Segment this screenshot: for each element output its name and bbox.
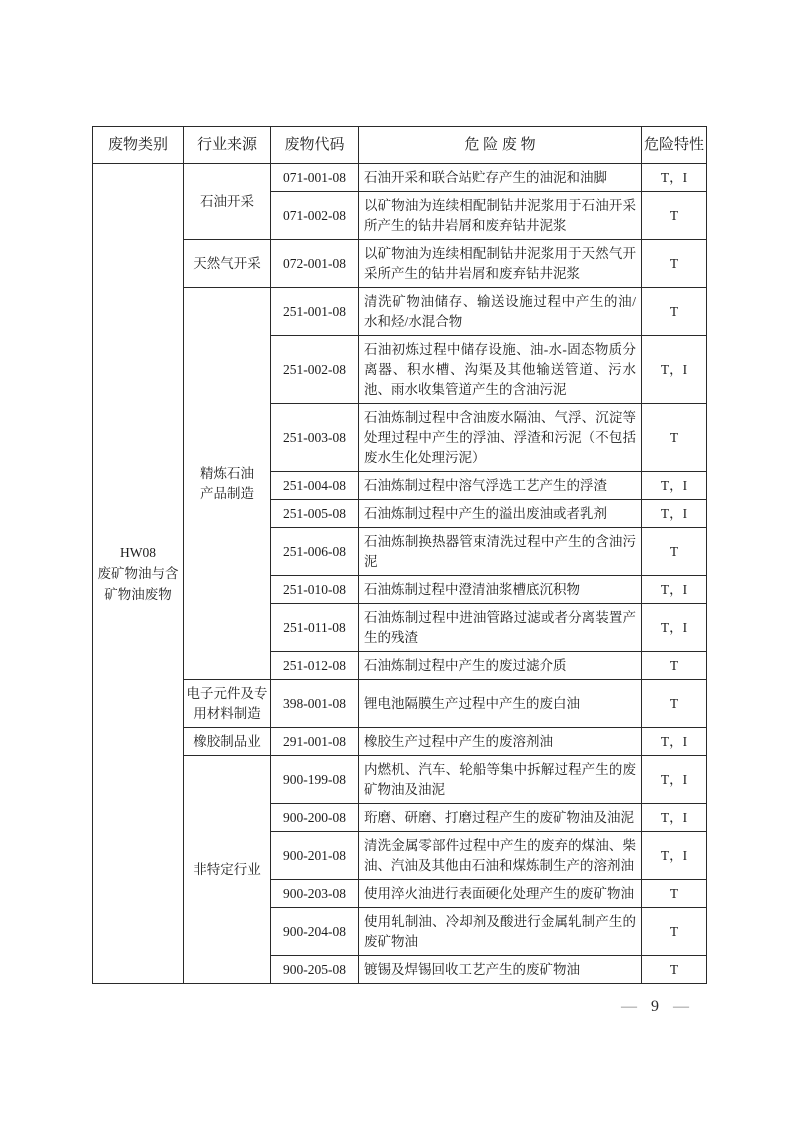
- waste-description-cell: 镀锡及焊锡回收工艺产生的废矿物油: [359, 956, 642, 984]
- waste-description-cell: 以矿物油为连续相配制钻井泥浆用于石油开采所产生的钻井岩屑和废弃钻井泥浆: [359, 192, 642, 240]
- hazard-characteristic-cell: T，I: [642, 472, 707, 500]
- hazard-characteristic-cell: T，I: [642, 604, 707, 652]
- waste-code-cell: 251-001-08: [271, 288, 359, 336]
- waste-code-cell: 251-004-08: [271, 472, 359, 500]
- waste-category-cell: HW08 废矿物油与含 矿物油废物: [93, 164, 184, 984]
- industry-cell: 石油开采: [184, 164, 271, 240]
- document-page: 废物类别 行业来源 废物代码 危 险 废 物 危险特性 HW08 废矿物油与含 …: [0, 0, 794, 1123]
- waste-description-cell: 清洗金属零部件过程中产生的废弃的煤油、柴油、汽油及其他由石油和煤炼制生产的溶剂油: [359, 832, 642, 880]
- hazard-characteristic-cell: T: [642, 404, 707, 472]
- hazard-characteristic-cell: T: [642, 956, 707, 984]
- hazard-characteristic-cell: T，I: [642, 164, 707, 192]
- waste-code-cell: 071-001-08: [271, 164, 359, 192]
- hazard-characteristic-cell: T: [642, 680, 707, 728]
- hazard-characteristic-cell: T: [642, 908, 707, 956]
- waste-code-cell: 291-001-08: [271, 728, 359, 756]
- hazard-characteristic-cell: T，I: [642, 756, 707, 804]
- header-industry-source: 行业来源: [184, 127, 271, 164]
- waste-description-cell: 石油炼制换热器管束清洗过程中产生的含油污泥: [359, 528, 642, 576]
- hazard-characteristic-cell: T: [642, 240, 707, 288]
- table-row: 精炼石油 产品制造 251-001-08 清洗矿物油储存、输送设施过程中产生的油…: [93, 288, 707, 336]
- waste-code-cell: 251-010-08: [271, 576, 359, 604]
- waste-code-cell: 251-006-08: [271, 528, 359, 576]
- table-row: 电子元件及专 用材料制造 398-001-08 锂电池隔膜生产过程中产生的废白油…: [93, 680, 707, 728]
- waste-description-cell: 锂电池隔膜生产过程中产生的废白油: [359, 680, 642, 728]
- waste-code-cell: 900-200-08: [271, 804, 359, 832]
- industry-cell: 橡胶制品业: [184, 728, 271, 756]
- hazard-characteristic-cell: T，I: [642, 728, 707, 756]
- waste-description-cell: 石油炼制过程中含油废水隔油、气浮、沉淀等处理过程中产生的浮油、浮渣和污泥（不包括…: [359, 404, 642, 472]
- waste-code-cell: 072-001-08: [271, 240, 359, 288]
- waste-code-cell: 071-002-08: [271, 192, 359, 240]
- hazard-characteristic-cell: T，I: [642, 336, 707, 404]
- waste-description-cell: 使用淬火油进行表面硬化处理产生的废矿物油: [359, 880, 642, 908]
- page-number: — 9 —: [600, 998, 710, 1016]
- hazard-characteristic-cell: T: [642, 528, 707, 576]
- hazard-characteristic-cell: T，I: [642, 832, 707, 880]
- waste-description-cell: 石油炼制过程中产生的废过滤介质: [359, 652, 642, 680]
- header-waste-category: 废物类别: [93, 127, 184, 164]
- table-row: HW08 废矿物油与含 矿物油废物 石油开采 071-001-08 石油开采和联…: [93, 164, 707, 192]
- waste-description-cell: 石油开采和联合站贮存产生的油泥和油脚: [359, 164, 642, 192]
- waste-code-cell: 900-204-08: [271, 908, 359, 956]
- page-number-dash-right: —: [673, 998, 689, 1016]
- waste-description-cell: 橡胶生产过程中产生的废溶剂油: [359, 728, 642, 756]
- header-hazardous-waste: 危 险 废 物: [359, 127, 642, 164]
- waste-description-cell: 石油炼制过程中澄清油浆槽底沉积物: [359, 576, 642, 604]
- page-number-value: 9: [651, 998, 659, 1016]
- waste-code-cell: 900-201-08: [271, 832, 359, 880]
- waste-description-cell: 石油炼制过程中产生的溢出废油或者乳剂: [359, 500, 642, 528]
- hazard-characteristic-cell: T: [642, 192, 707, 240]
- waste-code-cell: 251-003-08: [271, 404, 359, 472]
- hazard-characteristic-cell: T: [642, 288, 707, 336]
- header-waste-code: 废物代码: [271, 127, 359, 164]
- waste-description-cell: 内燃机、汽车、轮船等集中拆解过程产生的废矿物油及油泥: [359, 756, 642, 804]
- hazard-characteristic-cell: T: [642, 880, 707, 908]
- waste-code-cell: 900-203-08: [271, 880, 359, 908]
- waste-code-cell: 251-012-08: [271, 652, 359, 680]
- waste-description-cell: 使用轧制油、冷却剂及酸进行金属轧制产生的废矿物油: [359, 908, 642, 956]
- industry-cell: 天然气开采: [184, 240, 271, 288]
- hazard-characteristic-cell: T，I: [642, 576, 707, 604]
- industry-cell: 非特定行业: [184, 756, 271, 984]
- header-hazard-characteristic: 危险特性: [642, 127, 707, 164]
- waste-code-cell: 251-011-08: [271, 604, 359, 652]
- hazard-characteristic-cell: T，I: [642, 500, 707, 528]
- waste-description-cell: 石油炼制过程中进油管路过滤或者分离装置产生的残渣: [359, 604, 642, 652]
- hazard-characteristic-cell: T: [642, 652, 707, 680]
- industry-cell: 电子元件及专 用材料制造: [184, 680, 271, 728]
- waste-code-cell: 251-002-08: [271, 336, 359, 404]
- waste-description-cell: 珩磨、研磨、打磨过程产生的废矿物油及油泥: [359, 804, 642, 832]
- waste-code-cell: 900-199-08: [271, 756, 359, 804]
- hazardous-waste-table: 废物类别 行业来源 废物代码 危 险 废 物 危险特性 HW08 废矿物油与含 …: [92, 126, 707, 984]
- table-row: 天然气开采 072-001-08 以矿物油为连续相配制钻井泥浆用于天然气开采所产…: [93, 240, 707, 288]
- table-header-row: 废物类别 行业来源 废物代码 危 险 废 物 危险特性: [93, 127, 707, 164]
- waste-description-cell: 石油初炼过程中储存设施、油-水-固态物质分离器、积水槽、沟渠及其他输送管道、污水…: [359, 336, 642, 404]
- waste-description-cell: 以矿物油为连续相配制钻井泥浆用于天然气开采所产生的钻井岩屑和废弃钻井泥浆: [359, 240, 642, 288]
- waste-code-cell: 398-001-08: [271, 680, 359, 728]
- table-row: 橡胶制品业 291-001-08 橡胶生产过程中产生的废溶剂油 T，I: [93, 728, 707, 756]
- table-row: 非特定行业 900-199-08 内燃机、汽车、轮船等集中拆解过程产生的废矿物油…: [93, 756, 707, 804]
- hazard-characteristic-cell: T，I: [642, 804, 707, 832]
- waste-code-cell: 251-005-08: [271, 500, 359, 528]
- industry-cell: 精炼石油 产品制造: [184, 288, 271, 680]
- waste-code-cell: 900-205-08: [271, 956, 359, 984]
- page-number-dash-left: —: [621, 998, 637, 1016]
- waste-description-cell: 清洗矿物油储存、输送设施过程中产生的油/水和烃/水混合物: [359, 288, 642, 336]
- waste-description-cell: 石油炼制过程中溶气浮选工艺产生的浮渣: [359, 472, 642, 500]
